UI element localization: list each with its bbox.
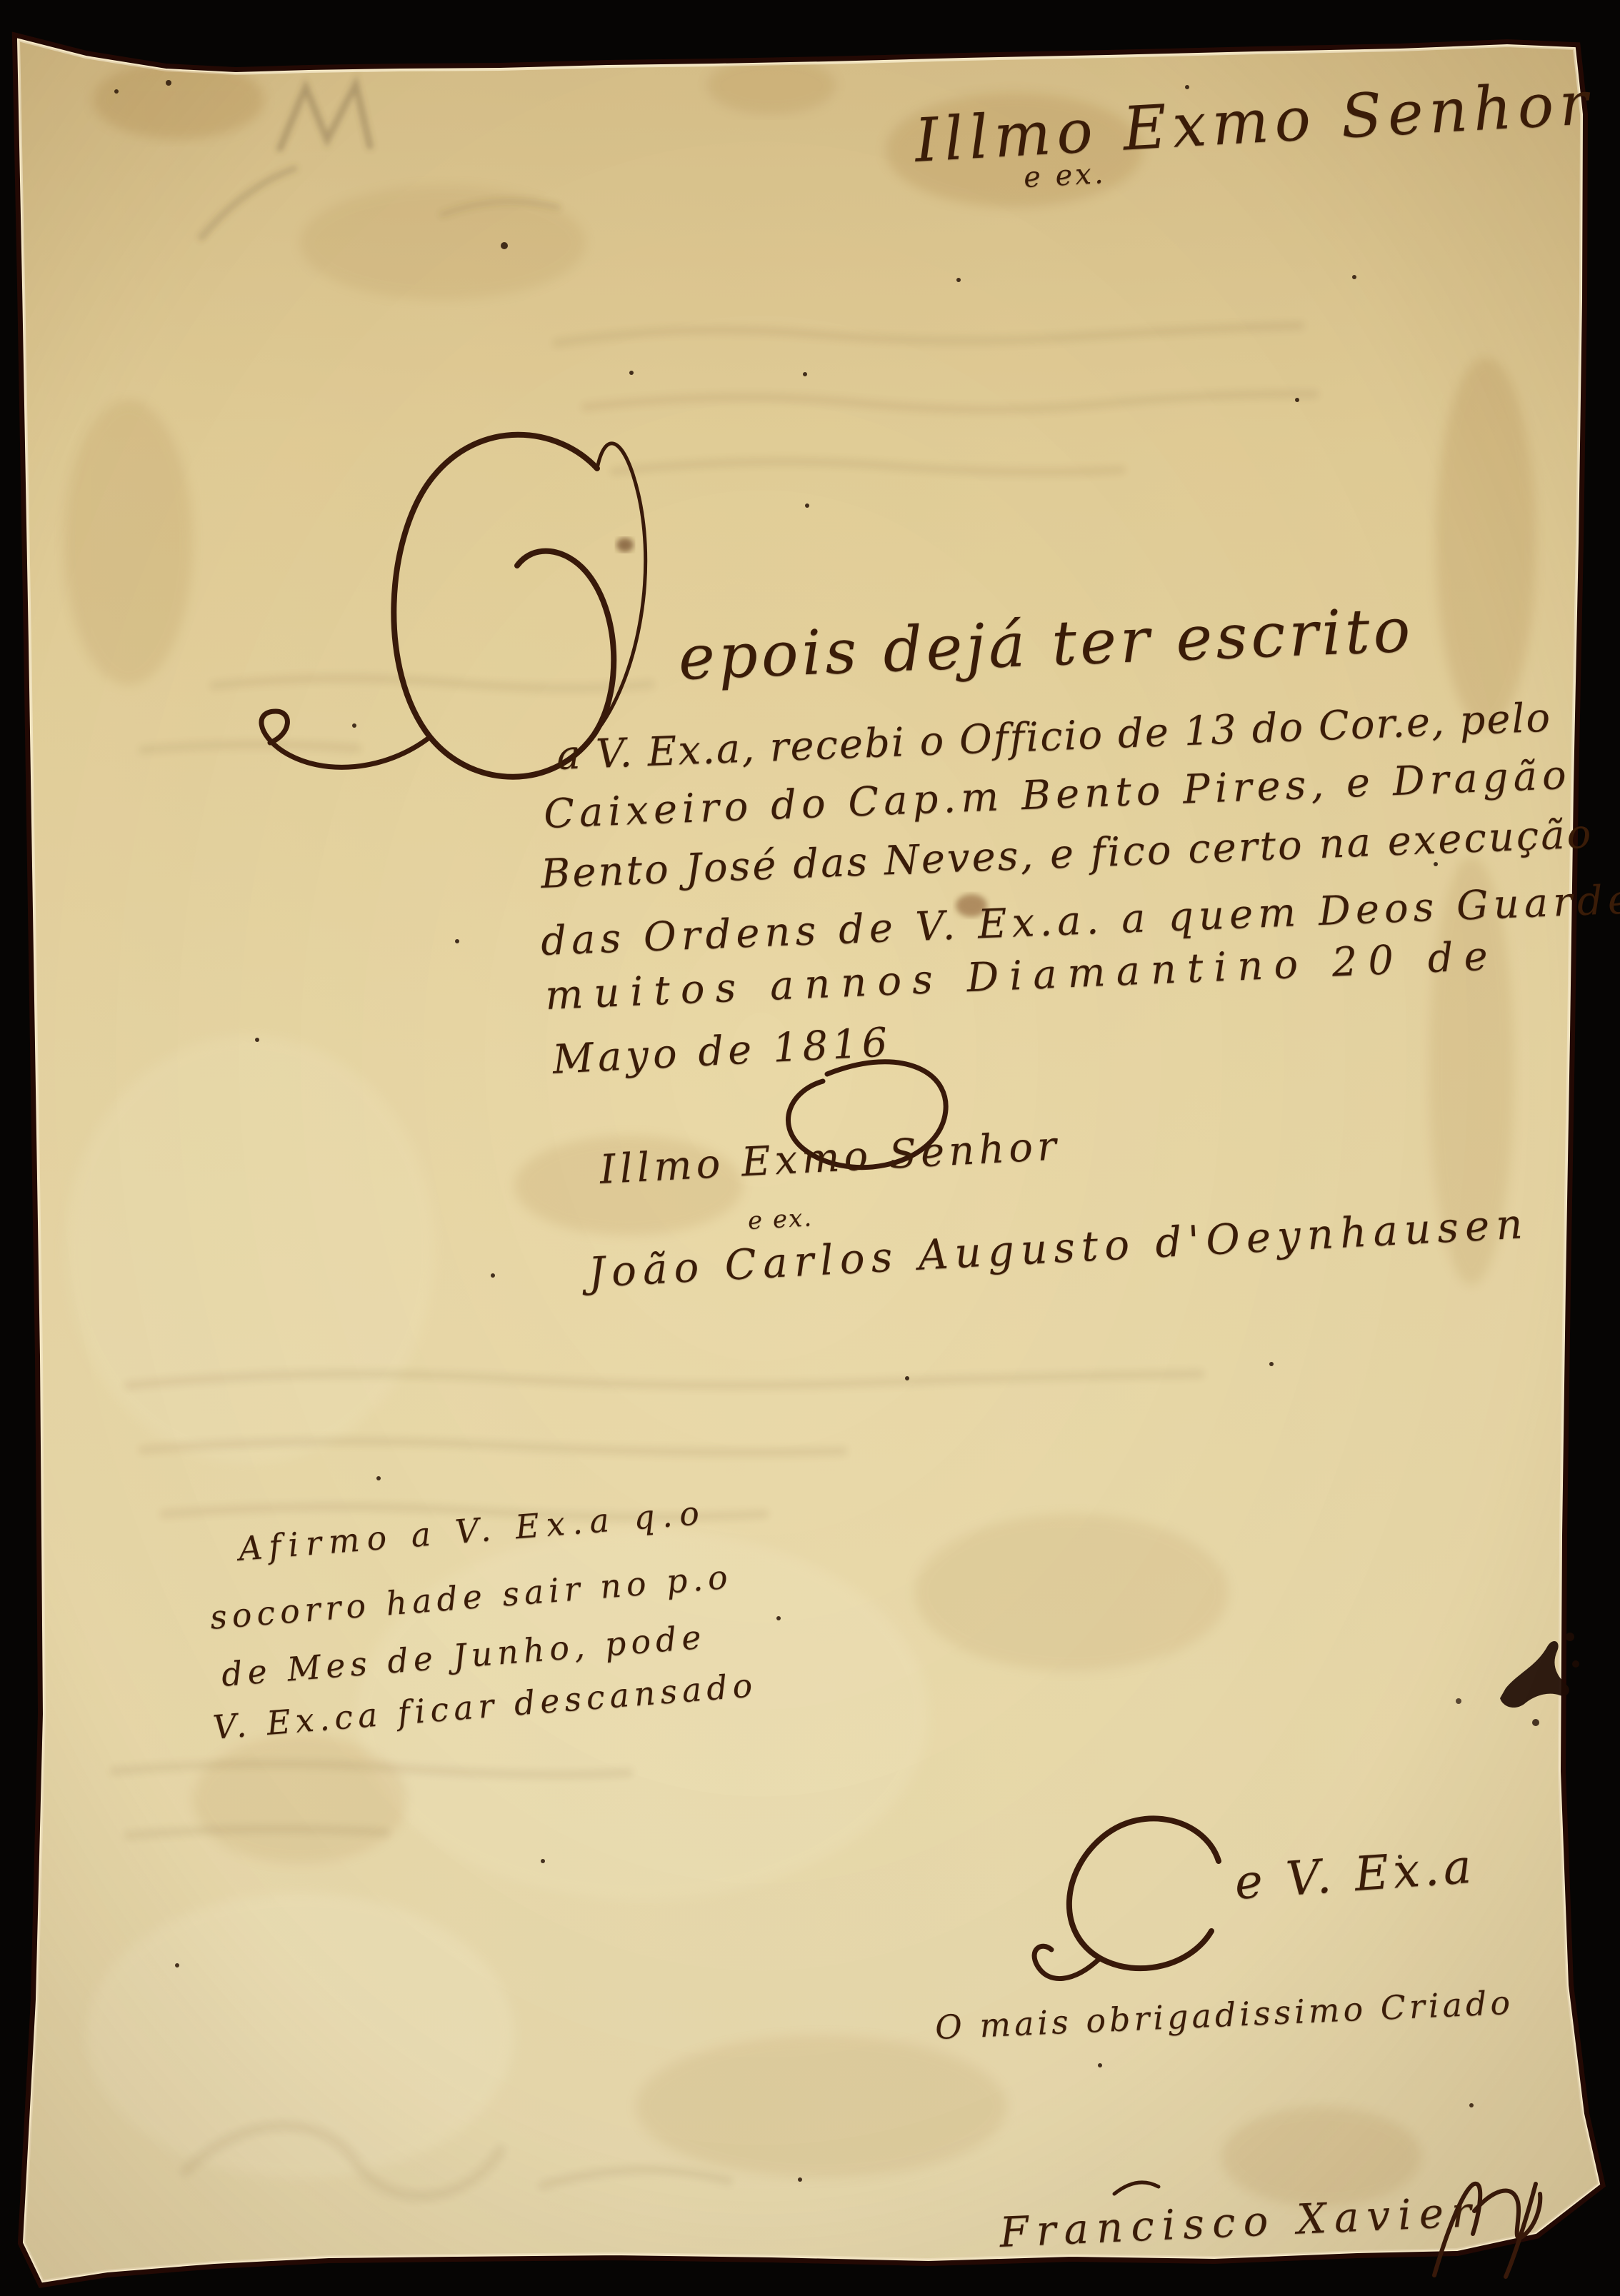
header-salutation-insert: e ex. xyxy=(1023,157,1107,194)
closing-initial: D xyxy=(1064,1800,1196,1990)
manuscript-scan: Illmo Exmo Senhor e ex. D epois dejá ter… xyxy=(0,0,1620,2296)
opening-initial: D xyxy=(400,428,641,778)
subscription-salutation-insert: e ex. xyxy=(747,1203,814,1235)
